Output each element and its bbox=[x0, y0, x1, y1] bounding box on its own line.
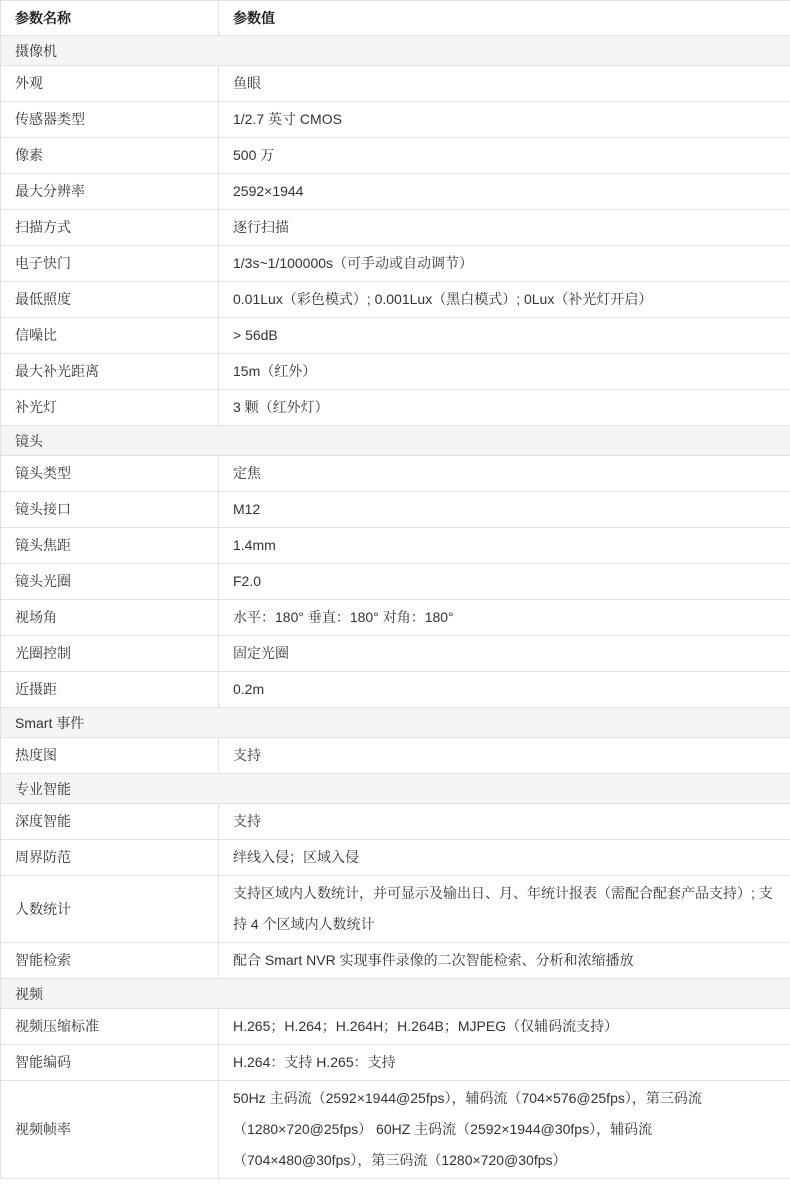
spec-row: 镜头接口M12 bbox=[1, 492, 790, 528]
section-title: 摄像机 bbox=[1, 36, 790, 66]
spec-row: 像素500 万 bbox=[1, 138, 790, 174]
param-name-cell: 视频压缩标准 bbox=[1, 1009, 219, 1045]
param-name-cell: 最大补光距离 bbox=[1, 354, 219, 390]
spec-row: 智能编码H.264：支持 H.265：支持 bbox=[1, 1045, 790, 1081]
section-title: 镜头 bbox=[1, 426, 790, 456]
header-row: 参数名称 参数值 bbox=[1, 1, 790, 36]
param-value-cell: 绊线入侵；区域入侵 bbox=[219, 840, 790, 876]
section-row: 摄像机 bbox=[1, 36, 790, 66]
spec-row: 扫描方式逐行扫描 bbox=[1, 210, 790, 246]
spec-row: 最大补光距离15m（红外） bbox=[1, 354, 790, 390]
param-name-cell: 镜头接口 bbox=[1, 492, 219, 528]
header-param-name: 参数名称 bbox=[1, 1, 219, 36]
param-value-cell: M12 bbox=[219, 492, 790, 528]
spec-row: 深度智能支持 bbox=[1, 804, 790, 840]
param-name-cell: 镜头焦距 bbox=[1, 528, 219, 564]
param-value-cell: 15m（红外） bbox=[219, 354, 790, 390]
spec-row: 传感器类型1/2.7 英寸 CMOS bbox=[1, 102, 790, 138]
param-value-cell: 水平：180° 垂直：180° 对角：180° bbox=[219, 600, 790, 636]
param-name-cell: 深度智能 bbox=[1, 804, 219, 840]
param-name-cell: 外观 bbox=[1, 66, 219, 102]
spec-row: 人数统计支持区域内人数统计，并可显示及输出日、月、年统计报表（需配合配套产品支持… bbox=[1, 876, 790, 943]
spec-row: 补光灯3 颗（红外灯） bbox=[1, 390, 790, 426]
spec-table: 参数名称 参数值 摄像机外观鱼眼传感器类型1/2.7 英寸 CMOS像素500 … bbox=[0, 0, 790, 1179]
spec-table-header: 参数名称 参数值 bbox=[1, 1, 790, 36]
spec-row: 外观鱼眼 bbox=[1, 66, 790, 102]
section-title: 视频 bbox=[1, 979, 790, 1009]
param-value-cell: 1.4mm bbox=[219, 528, 790, 564]
param-name-cell: 光圈控制 bbox=[1, 636, 219, 672]
param-value-cell: 支持区域内人数统计，并可显示及输出日、月、年统计报表（需配合配套产品支持）; 支… bbox=[219, 876, 790, 943]
param-value-cell: 支持 bbox=[219, 804, 790, 840]
param-name-cell: 热度图 bbox=[1, 738, 219, 774]
param-name-cell: 信噪比 bbox=[1, 318, 219, 354]
section-row: 专业智能 bbox=[1, 774, 790, 804]
spec-row: 智能检索配合 Smart NVR 实现事件录像的二次智能检索、分析和浓缩播放 bbox=[1, 943, 790, 979]
param-name-cell: 智能编码 bbox=[1, 1045, 219, 1081]
param-name-cell: 最低照度 bbox=[1, 282, 219, 318]
spec-row: 镜头类型定焦 bbox=[1, 456, 790, 492]
param-name-cell: 像素 bbox=[1, 138, 219, 174]
header-param-value: 参数值 bbox=[219, 1, 790, 36]
spec-row: 周界防范绊线入侵；区域入侵 bbox=[1, 840, 790, 876]
param-name-cell: 补光灯 bbox=[1, 390, 219, 426]
param-value-cell: H.265；H.264；H.264H；H.264B；MJPEG（仅辅码流支持） bbox=[219, 1009, 790, 1045]
spec-row: 视场角水平：180° 垂直：180° 对角：180° bbox=[1, 600, 790, 636]
section-title: 专业智能 bbox=[1, 774, 790, 804]
param-name-cell: 视场角 bbox=[1, 600, 219, 636]
spec-row: 视频帧率50Hz 主码流（2592×1944@25fps），辅码流（704×57… bbox=[1, 1081, 790, 1179]
param-value-cell: 鱼眼 bbox=[219, 66, 790, 102]
param-value-cell: 逐行扫描 bbox=[219, 210, 790, 246]
spec-row: 镜头光圈F2.0 bbox=[1, 564, 790, 600]
section-title: Smart 事件 bbox=[1, 708, 790, 738]
section-row: Smart 事件 bbox=[1, 708, 790, 738]
param-value-cell: 定焦 bbox=[219, 456, 790, 492]
spec-row: 近摄距0.2m bbox=[1, 672, 790, 708]
spec-row: 视频压缩标准H.265；H.264；H.264H；H.264B；MJPEG（仅辅… bbox=[1, 1009, 790, 1045]
param-value-cell: 固定光圈 bbox=[219, 636, 790, 672]
spec-table-body: 摄像机外观鱼眼传感器类型1/2.7 英寸 CMOS像素500 万最大分辨率259… bbox=[1, 36, 790, 1179]
param-name-cell: 最大分辨率 bbox=[1, 174, 219, 210]
param-name-cell: 传感器类型 bbox=[1, 102, 219, 138]
spec-row: 最低照度0.01Lux（彩色模式）; 0.001Lux（黑白模式）; 0Lux（… bbox=[1, 282, 790, 318]
param-value-cell: 0.01Lux（彩色模式）; 0.001Lux（黑白模式）; 0Lux（补光灯开… bbox=[219, 282, 790, 318]
section-row: 视频 bbox=[1, 979, 790, 1009]
param-name-cell: 镜头类型 bbox=[1, 456, 219, 492]
param-name-cell: 智能检索 bbox=[1, 943, 219, 979]
param-name-cell: 视频帧率 bbox=[1, 1081, 219, 1179]
section-row: 镜头 bbox=[1, 426, 790, 456]
param-value-cell: 支持 bbox=[219, 738, 790, 774]
param-value-cell: 2592×1944 bbox=[219, 174, 790, 210]
param-value-cell: 3 颗（红外灯） bbox=[219, 390, 790, 426]
param-name-cell: 周界防范 bbox=[1, 840, 219, 876]
param-value-cell: 1/2.7 英寸 CMOS bbox=[219, 102, 790, 138]
spec-row: 最大分辨率2592×1944 bbox=[1, 174, 790, 210]
spec-row: 热度图支持 bbox=[1, 738, 790, 774]
param-value-cell: 0.2m bbox=[219, 672, 790, 708]
param-name-cell: 人数统计 bbox=[1, 876, 219, 943]
param-name-cell: 电子快门 bbox=[1, 246, 219, 282]
param-name-cell: 近摄距 bbox=[1, 672, 219, 708]
spec-row: 镜头焦距1.4mm bbox=[1, 528, 790, 564]
param-name-cell: 扫描方式 bbox=[1, 210, 219, 246]
spec-row: 光圈控制固定光圈 bbox=[1, 636, 790, 672]
param-value-cell: 1/3s~1/100000s（可手动或自动调节） bbox=[219, 246, 790, 282]
param-value-cell: 配合 Smart NVR 实现事件录像的二次智能检索、分析和浓缩播放 bbox=[219, 943, 790, 979]
param-value-cell: > 56dB bbox=[219, 318, 790, 354]
param-value-cell: F2.0 bbox=[219, 564, 790, 600]
spec-row: 电子快门1/3s~1/100000s（可手动或自动调节） bbox=[1, 246, 790, 282]
spec-row: 信噪比> 56dB bbox=[1, 318, 790, 354]
param-name-cell: 镜头光圈 bbox=[1, 564, 219, 600]
param-value-cell: H.264：支持 H.265：支持 bbox=[219, 1045, 790, 1081]
param-value-cell: 500 万 bbox=[219, 138, 790, 174]
param-value-cell: 50Hz 主码流（2592×1944@25fps），辅码流（704×576@25… bbox=[219, 1081, 790, 1179]
